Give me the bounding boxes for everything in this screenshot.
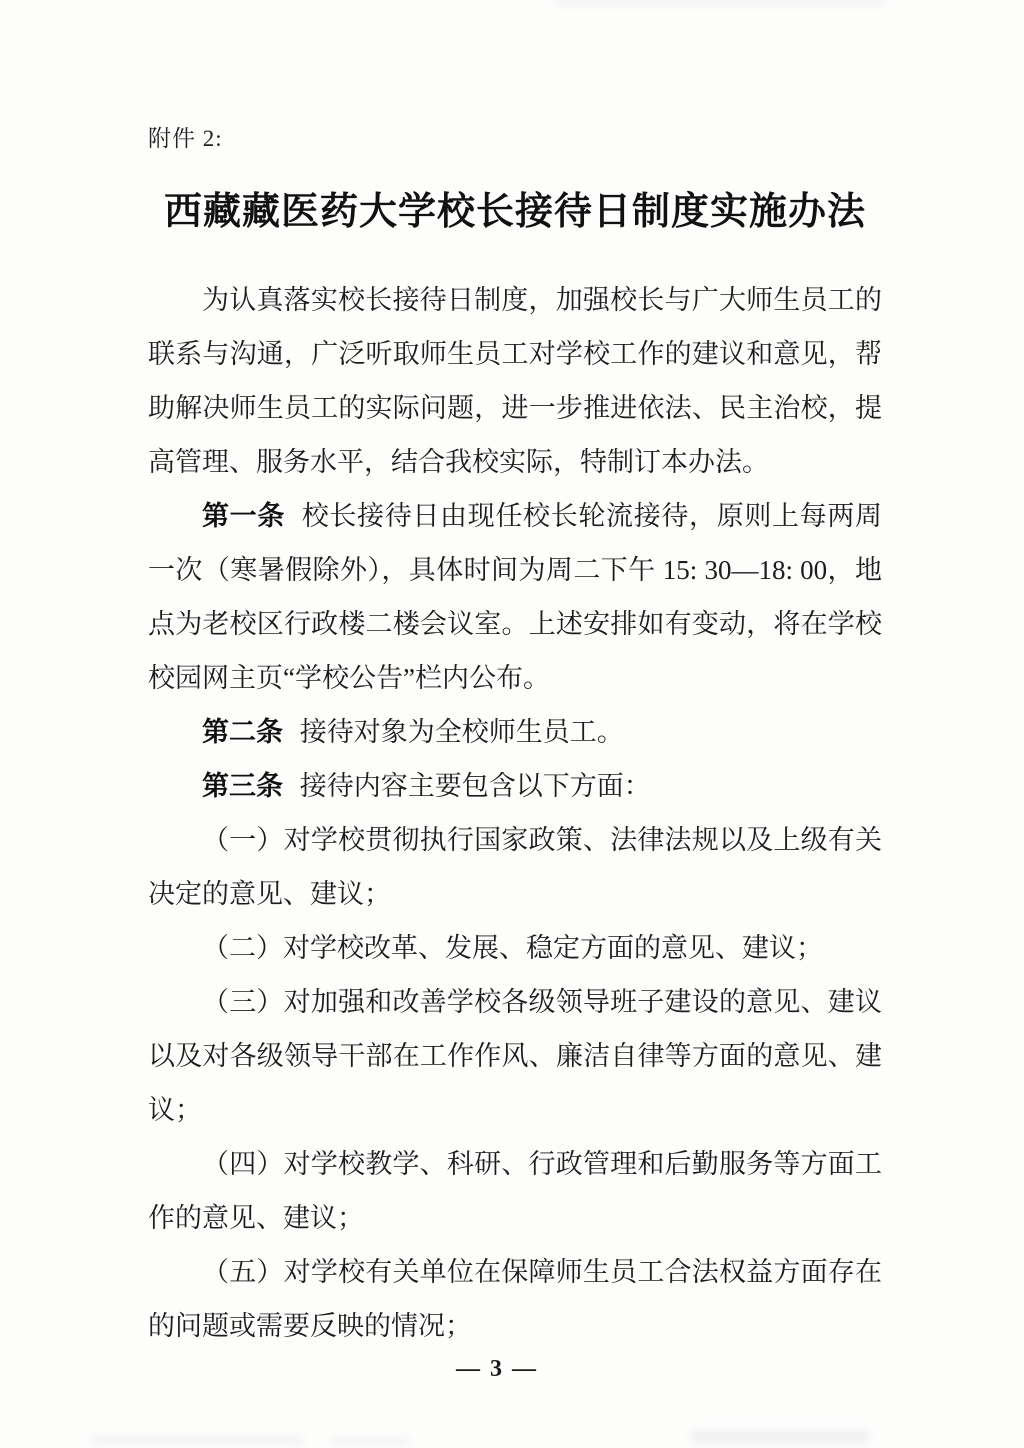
document-title: 西藏藏医药大学校长接待日制度实施办法 xyxy=(148,187,882,237)
paragraph-intro: 为认真落实校长接待日制度，加强校长与广大师生员工的联系与沟通，广泛听取师生员工对… xyxy=(148,273,882,489)
document-body: 为认真落实校长接待日制度，加强校长与广大师生员工的联系与沟通，广泛听取师生员工对… xyxy=(148,273,882,1353)
scan-artifact xyxy=(330,1437,410,1445)
paragraph-item-3: （三）对加强和改善学校各级领导班子建设的意见、建议以及对各级领导干部在工作作风、… xyxy=(148,975,882,1137)
document-content: 附件 2: 西藏藏医药大学校长接待日制度实施办法 为认真落实校长接待日制度，加强… xyxy=(148,124,882,1353)
paragraph-text: （四）对学校教学、科研、行政管理和后勤服务等方面工作的意见、建议； xyxy=(148,1149,882,1233)
paragraph-article-2: 第二条接待对象为全校师生员工。 xyxy=(148,705,882,759)
paragraph-text: （一）对学校贯彻执行国家政策、法律法规以及上级有关决定的意见、建议； xyxy=(148,825,882,909)
article-3-label: 第三条 xyxy=(202,771,283,801)
article-2-label: 第二条 xyxy=(202,717,283,747)
attachment-label: 附件 2: xyxy=(148,124,882,154)
paragraph-item-1: （一）对学校贯彻执行国家政策、法律法规以及上级有关决定的意见、建议； xyxy=(148,813,882,921)
paragraph-text: 为认真落实校长接待日制度，加强校长与广大师生员工的联系与沟通，广泛听取师生员工对… xyxy=(148,285,882,477)
paragraph-item-4: （四）对学校教学、科研、行政管理和后勤服务等方面工作的意见、建议； xyxy=(148,1137,882,1245)
scan-artifact xyxy=(690,1430,870,1444)
article-1-label: 第一条 xyxy=(202,501,285,531)
paragraph-item-2: （二）对学校改革、发展、稳定方面的意见、建议； xyxy=(148,921,882,975)
scan-artifact xyxy=(90,1436,305,1445)
paragraph-text: （三）对加强和改善学校各级领导班子建设的意见、建议以及对各级领导干部在工作作风、… xyxy=(148,987,882,1125)
document-page: 附件 2: 西藏藏医药大学校长接待日制度实施办法 为认真落实校长接待日制度，加强… xyxy=(0,0,1024,1448)
paragraph-article-1: 第一条校长接待日由现任校长轮流接待，原则上每两周一次（寒暑假除外），具体时间为周… xyxy=(148,489,882,705)
scan-artifact xyxy=(555,0,885,6)
paragraph-text: （二）对学校改革、发展、稳定方面的意见、建议； xyxy=(202,933,823,963)
paragraph-text: （五）对学校有关单位在保障师生员工合法权益方面存在的问题或需要反映的情况； xyxy=(148,1257,882,1341)
paragraph-article-3: 第三条接待内容主要包含以下方面： xyxy=(148,759,882,813)
paragraph-item-5: （五）对学校有关单位在保障师生员工合法权益方面存在的问题或需要反映的情况； xyxy=(148,1245,882,1353)
paragraph-text: 接待对象为全校师生员工。 xyxy=(300,717,624,747)
page-number: — 3 — xyxy=(0,1356,994,1383)
paragraph-text: 接待内容主要包含以下方面： xyxy=(300,771,651,801)
